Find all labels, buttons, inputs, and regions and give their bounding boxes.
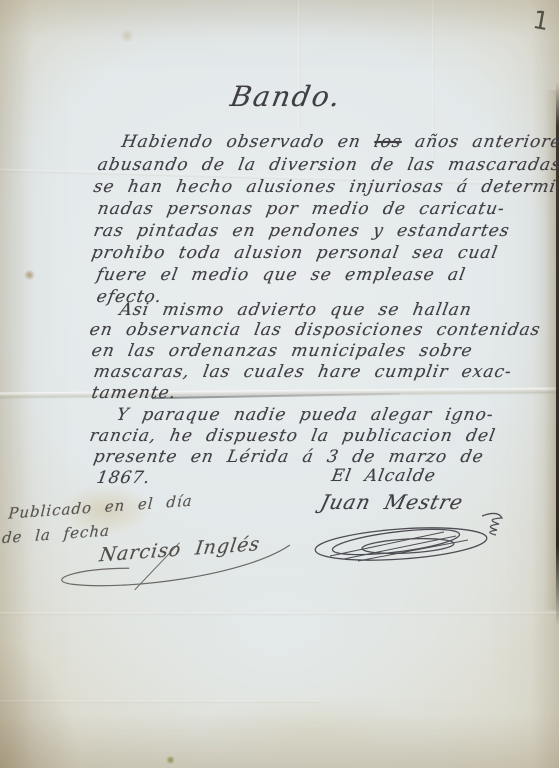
margin-note: Publicado en el día de la fecha Narciso … xyxy=(0,487,266,615)
paper-vignette xyxy=(0,0,559,768)
corner-shadow xyxy=(0,638,80,768)
closing-role: El Alcalde xyxy=(330,466,438,486)
page-number: 1 xyxy=(531,5,552,36)
body-line: Asi mismo advierto que se hallan xyxy=(118,300,474,320)
body-line: 1867. xyxy=(95,468,152,488)
fold-crease xyxy=(0,388,559,400)
body-line: en las ordenanzas municipales sobre xyxy=(90,341,474,361)
margin-note-line: de la fecha xyxy=(1,521,110,547)
fold-crease xyxy=(0,612,559,616)
struck-word: los xyxy=(373,132,404,152)
body-line: en observancia las disposiciones conteni… xyxy=(88,320,542,340)
body-line: Y paraque nadie pueda alegar igno- xyxy=(115,405,495,425)
stain xyxy=(200,690,420,768)
ink-flourish xyxy=(152,393,400,399)
margin-note-line: Publicado en el día xyxy=(8,492,194,523)
body-line: nadas personas por medio de caricatu- xyxy=(96,199,507,219)
body-line: mascaras, las cuales hare cumplir exac- xyxy=(92,362,513,382)
stain xyxy=(120,30,134,42)
document-page: 1 Bando. Habiendo observado en los años … xyxy=(0,0,559,768)
body-line: tamente. xyxy=(90,383,178,403)
signature-underline-flourish xyxy=(32,533,315,598)
body-line: fuere el medio que se emplease al xyxy=(95,265,467,285)
body-line: se han hecho alusiones injuriosas á dete… xyxy=(92,177,559,197)
body-line: rancia, he dispuesto la publicacion del xyxy=(88,426,497,446)
body-line: presente en Lérida á 3 de marzo de xyxy=(92,447,485,467)
body-line: Habiendo observado en los años anteriore… xyxy=(120,132,559,152)
stain xyxy=(24,270,35,280)
document-title: Bando. xyxy=(228,80,344,113)
stain xyxy=(166,756,175,764)
alcalde-signature: Juan Mestre xyxy=(318,490,466,514)
body-line: prohibo toda alusion personal sea cual xyxy=(90,243,500,263)
signature-rubric-flourish xyxy=(296,512,511,570)
line-text: Habiendo observado en xyxy=(120,132,363,152)
line-text: años anteriores, que xyxy=(413,132,559,152)
body-line: ras pintadas en pendones y estandartes xyxy=(92,221,511,241)
body-line: abusando de la diversion de las mascarad… xyxy=(96,155,559,175)
